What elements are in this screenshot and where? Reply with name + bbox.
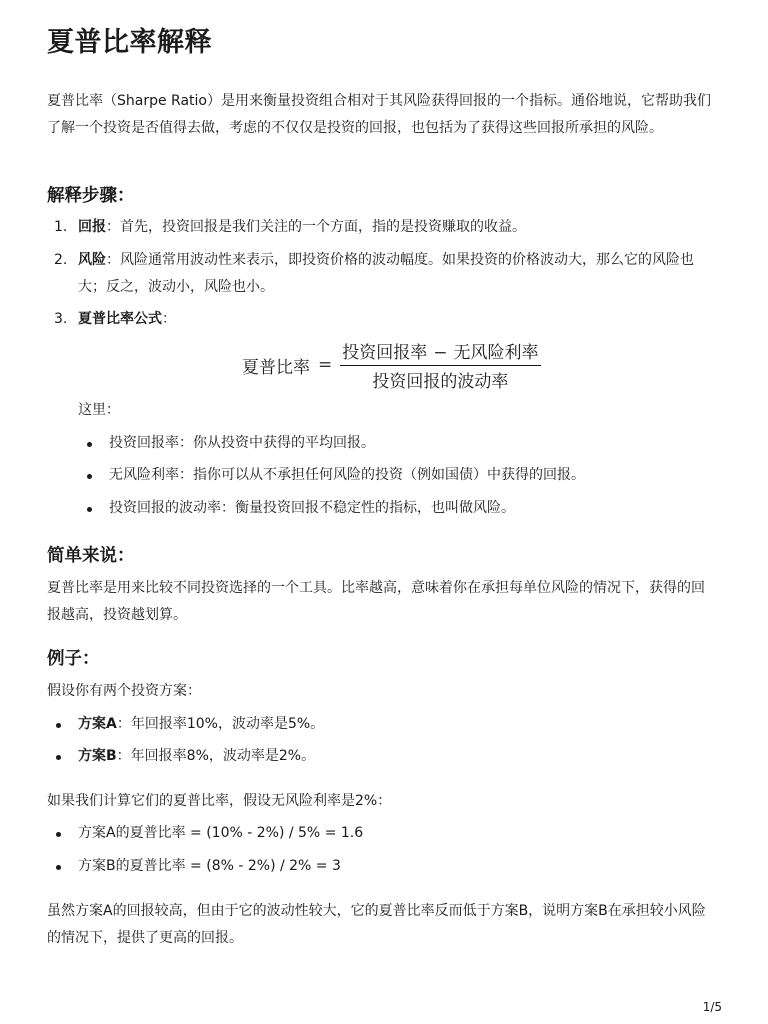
steps-heading: 解释步骤： [47,182,135,207]
step-sep: ： [106,219,120,235]
bullet-icon [87,474,92,479]
step-text: 风险通常用波动性来表示，即投资价格的波动幅度。如果投资的价格波动大，那么它的风险… [78,252,694,295]
step-term: 夏普比率公式 [78,311,162,327]
step-item-1: 1. 回报：首先，投资回报是我们关注的一个方面，指的是投资赚取的收益。 [47,214,717,241]
page-number: 1/5 [703,1000,722,1014]
calc-item-a: 方案A的夏普比率 = (10% - 2%) / 5% = 1.6 [78,820,363,847]
formula-minus: − [433,343,447,363]
definition-text: 投资回报的波动率：衡量投资回报不稳定性的指标，也叫做风险。 [109,500,515,516]
formula-fraction: 投资回报率−无风险利率 投资回报的波动率 [340,338,540,392]
definition-item-3: 投资回报的波动率：衡量投资回报不稳定性的指标，也叫做风险。 [109,495,515,522]
summary-heading: 简单来说： [47,542,135,567]
bullet-icon [56,723,61,728]
step-term: 回报 [78,219,106,235]
step-sep: ： [162,311,176,327]
step-sep: ： [106,252,120,268]
bullet-icon [87,507,92,512]
step-item-2: 2. 风险：风险通常用波动性来表示，即投资价格的波动幅度。如果投资的价格波动大，… [47,247,717,301]
calc-text: 方案A的夏普比率 = (10% - 2%) / 5% = 1.6 [78,825,363,841]
example-heading: 例子： [47,645,100,670]
where-label: 这里： [78,397,748,424]
step-text: 首先，投资回报是我们关注的一个方面，指的是投资赚取的收益。 [120,219,526,235]
step-number: 3. [54,306,67,333]
numerator-return: 投资回报率 [342,343,427,363]
sharpe-formula: 夏普比率 = 投资回报率−无风险利率 投资回报的波动率 [242,340,541,390]
plan-text: ：年回报率10%，波动率是5%。 [117,716,324,732]
conclusion-paragraph: 虽然方案A的回报较高，但由于它的波动性较大，它的夏普比率反而低于方案B，说明方案… [47,898,717,952]
definition-text: 无风险利率：指你可以从不承担任何风险的投资（例如国债）中获得的回报。 [109,467,585,483]
plan-name: 方案A [78,716,117,732]
formula-lhs: 夏普比率 [242,353,310,378]
formula-numerator: 投资回报率−无风险利率 [340,338,540,366]
summary-paragraph: 夏普比率是用来比较不同投资选择的一个工具。比率越高，意味着你在承担每单位风险的情… [47,575,717,629]
calc-intro: 如果我们计算它们的夏普比率，假设无风险利率是2%： [47,788,717,815]
definition-text: 投资回报率：你从投资中获得的平均回报。 [109,435,375,451]
bullet-icon [56,832,61,837]
numerator-riskfree: 无风险利率 [454,343,539,363]
calc-item-b: 方案B的夏普比率 = (8% - 2%) / 2% = 3 [78,853,341,880]
step-number: 1. [54,214,67,241]
definition-item-2: 无风险利率：指你可以从不承担任何风险的投资（例如国债）中获得的回报。 [109,462,585,489]
plan-item-b: 方案B：年回报率8%，波动率是2%。 [78,743,315,770]
formula-equals: = [318,355,332,375]
step-number: 2. [54,247,67,274]
page-title: 夏普比率解释 [47,20,212,59]
step-item-3: 3. 夏普比率公式： [47,306,717,333]
bullet-icon [56,755,61,760]
example-intro: 假设你有两个投资方案： [47,678,717,705]
plan-name: 方案B [78,748,117,764]
plan-text: ：年回报率8%，波动率是2%。 [117,748,315,764]
step-term: 风险 [78,252,106,268]
formula-denominator: 投资回报的波动率 [372,366,508,392]
bullet-icon [87,442,92,447]
calc-text: 方案B的夏普比率 = (8% - 2%) / 2% = 3 [78,858,341,874]
intro-paragraph: 夏普比率（Sharpe Ratio）是用来衡量投资组合相对于其风险获得回报的一个… [47,88,717,142]
plan-item-a: 方案A：年回报率10%，波动率是5%。 [78,711,324,738]
definition-item-1: 投资回报率：你从投资中获得的平均回报。 [109,430,375,457]
bullet-icon [56,865,61,870]
